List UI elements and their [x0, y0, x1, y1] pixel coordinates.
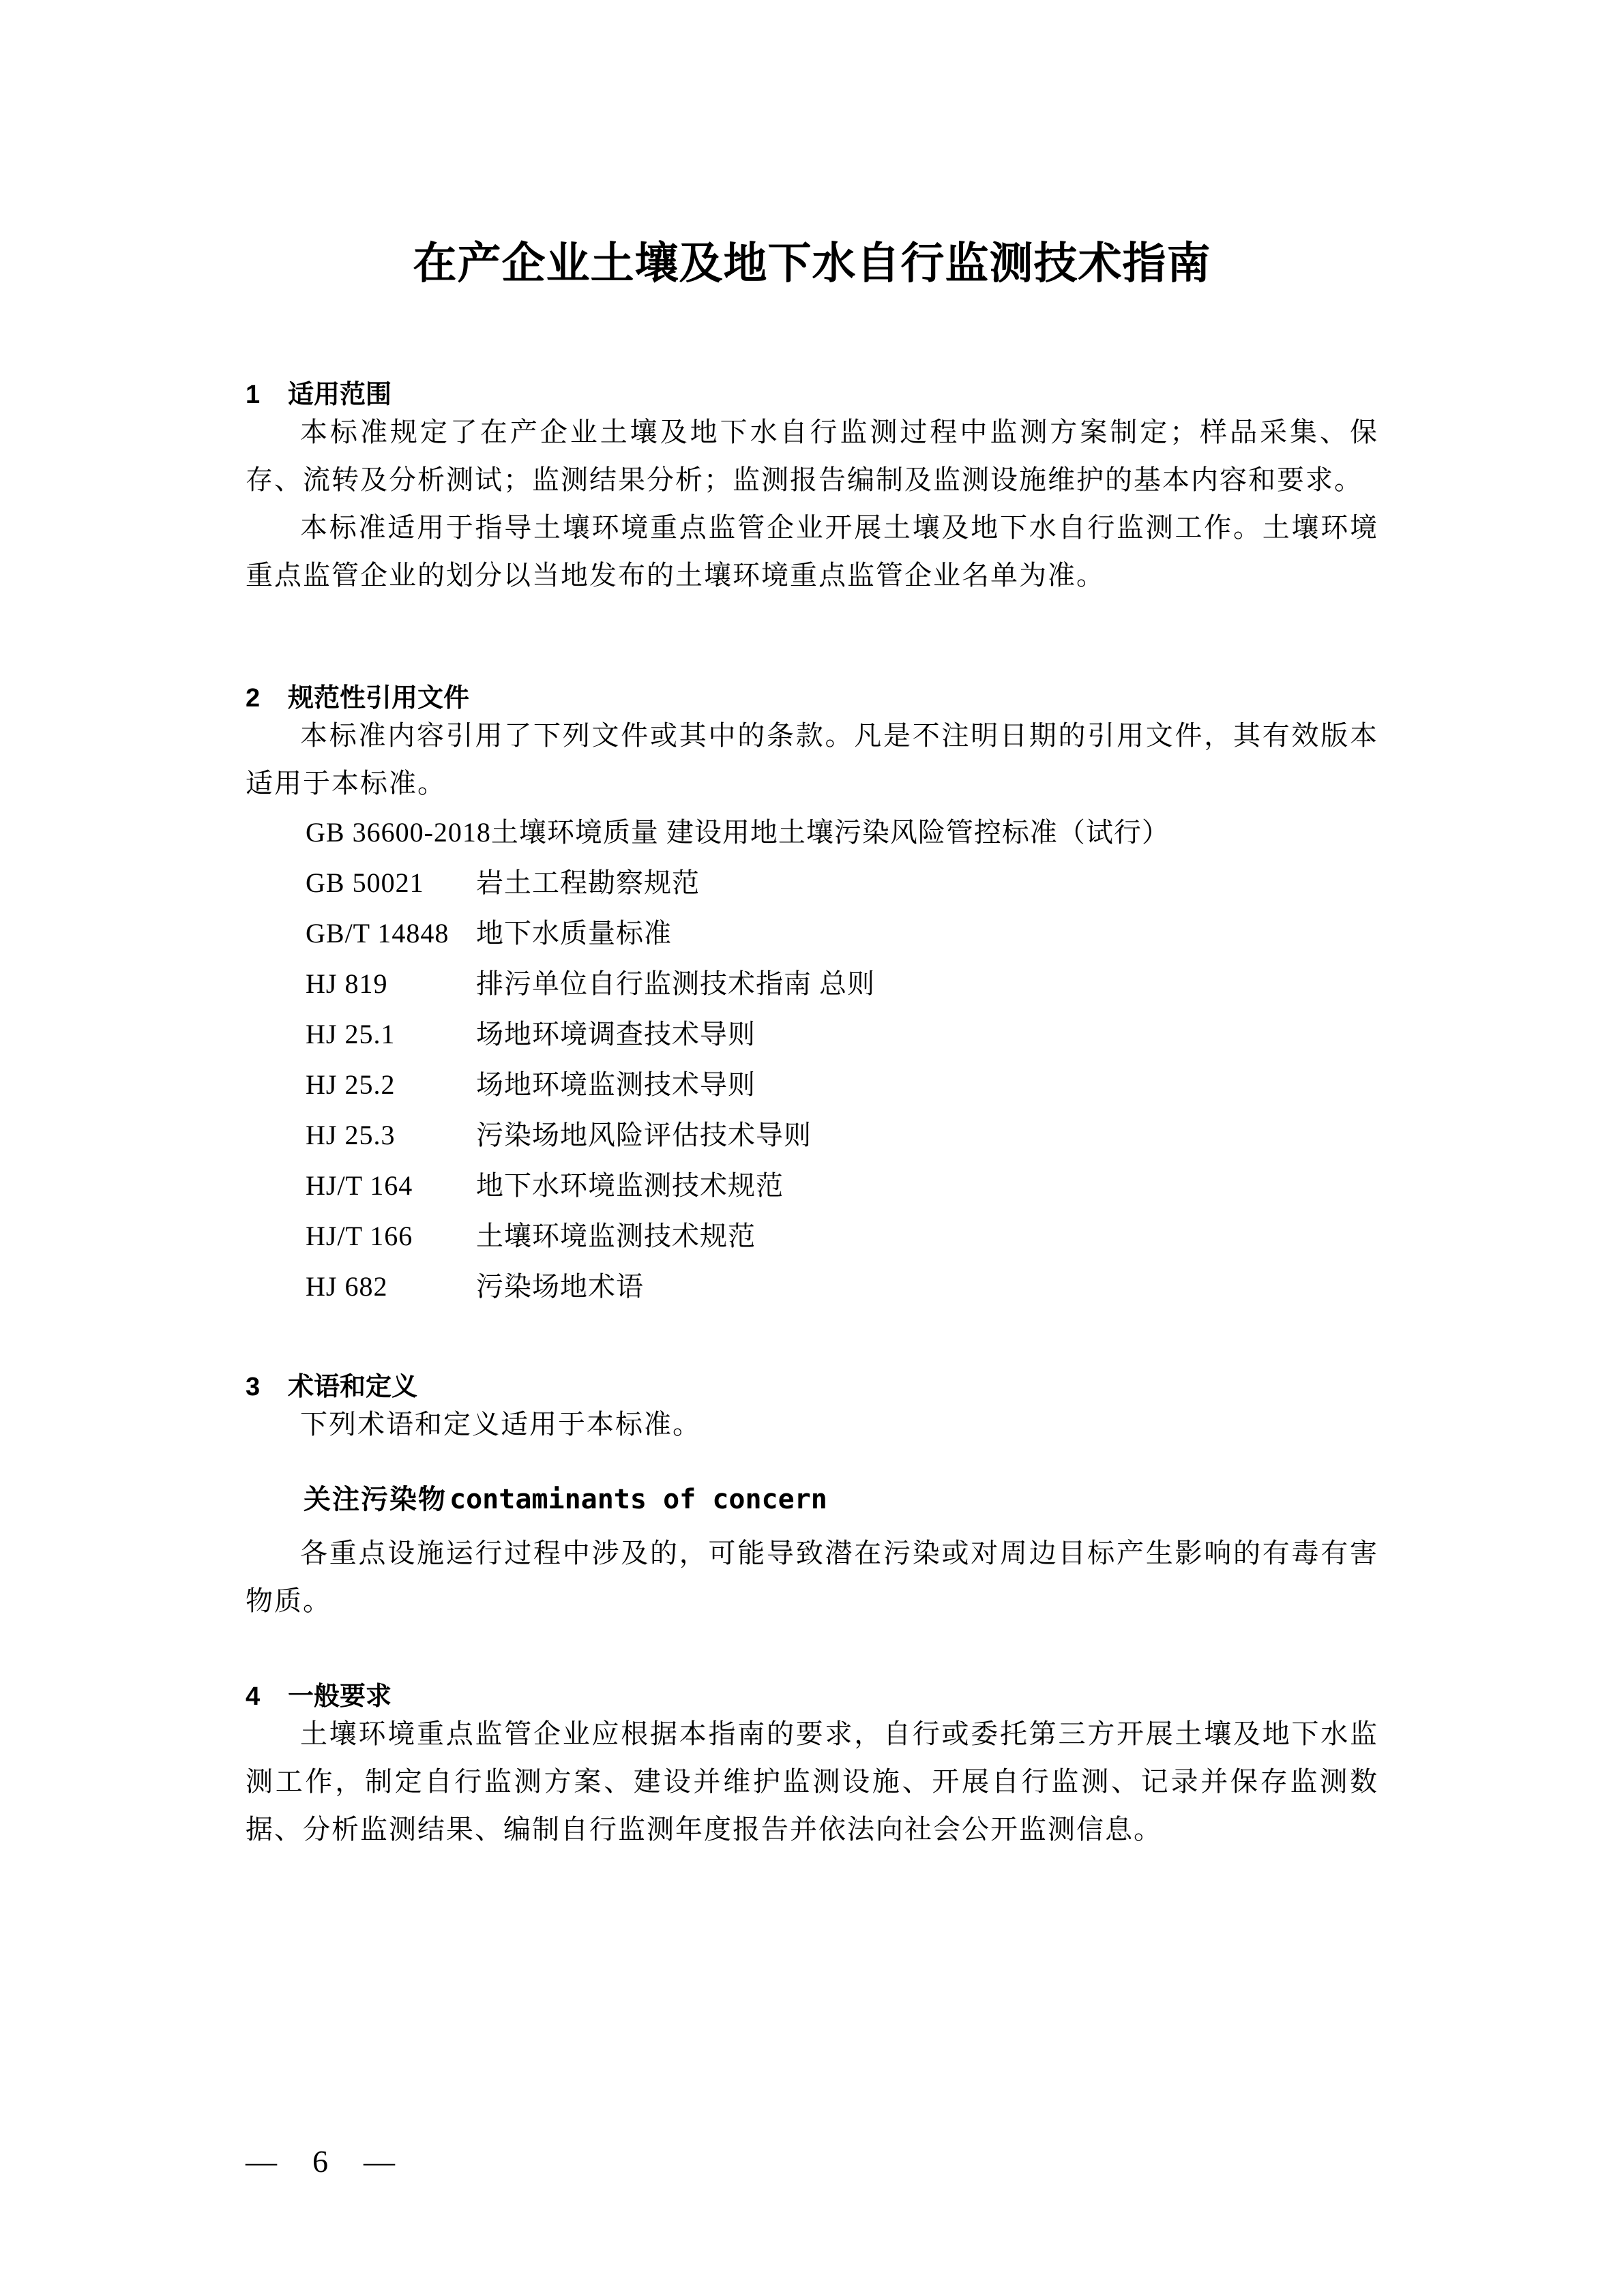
footer-dash-left: — [246, 2141, 277, 2182]
reference-id: HJ/T 164 [306, 1161, 476, 1211]
reference-title: 污染场地风险评估技术导则 [476, 1110, 1378, 1161]
reference-item: HJ 819 排污单位自行监测技术指南 总则 [306, 959, 1378, 1009]
reference-title: 地下水质量标准 [476, 908, 1378, 959]
section-number: 4 [246, 1683, 288, 1710]
reference-item: HJ 682 污染场地术语 [306, 1262, 1378, 1312]
document-title: 在产企业土壤及地下水自行监测技术指南 [246, 241, 1378, 286]
section-number: 2 [246, 685, 288, 712]
term-entry: 关注污染物 contaminants of concern [304, 1476, 1378, 1530]
reference-item: HJ 25.2 场地环境监测技术导则 [306, 1060, 1378, 1110]
reference-title: 土壤环境监测技术规范 [476, 1211, 1378, 1262]
reference-title: 岩土工程勘察规范 [476, 858, 1378, 908]
section-number: 1 [246, 381, 288, 408]
section-title: 适用范围 [288, 381, 392, 409]
term-name-en: contaminants of concern [449, 1484, 827, 1515]
section-number: 3 [246, 1373, 288, 1401]
reference-title: 地下水环境监测技术规范 [476, 1161, 1378, 1211]
reference-id: HJ 25.3 [306, 1110, 476, 1161]
section-title: 规范性引用文件 [288, 684, 469, 713]
section-title: 一般要求 [288, 1682, 392, 1711]
reference-id: GB 50021 [306, 858, 476, 908]
reference-item: HJ 25.3 污染场地风险评估技术导则 [306, 1110, 1378, 1161]
reference-title: 污染场地术语 [476, 1262, 1378, 1312]
document-page: 在产企业土壤及地下水自行监测技术指南 1适用范围 本标准规定了在产企业土壤及地下… [0, 0, 1624, 2296]
reference-item: GB 36600-2018 土壤环境质量 建设用地土壤污染风险管控标准（试行） [306, 807, 1378, 858]
terms-intro: 下列术语和定义适用于本标准。 [246, 1401, 1378, 1448]
reference-item: HJ/T 166 土壤环境监测技术规范 [306, 1211, 1378, 1262]
section-heading-1: 1适用范围 [246, 381, 1378, 408]
term-definition: 各重点设施运行过程中涉及的，可能导致潜在污染或对周边目标产生影响的有毒有害物质。 [246, 1530, 1378, 1625]
reference-id: HJ 25.2 [306, 1060, 476, 1110]
reference-item: GB/T 14848 地下水质量标准 [306, 908, 1378, 959]
footer-dash-right: — [364, 2141, 395, 2182]
reference-item: GB 50021 岩土工程勘察规范 [306, 858, 1378, 908]
page-number: 6 [312, 2141, 328, 2182]
reference-title: 土壤环境质量 建设用地土壤污染风险管控标准（试行） [491, 807, 1378, 858]
paragraph: 本标准内容引用了下列文件或其中的条款。凡是不注明日期的引用文件，其有效版本适用于… [246, 712, 1378, 807]
page-footer: — 6 — [246, 2141, 395, 2182]
reference-id: HJ/T 166 [306, 1211, 476, 1262]
paragraph: 本标准适用于指导土壤环境重点监管企业开展土壤及地下水自行监测工作。土壤环境重点监… [246, 504, 1378, 599]
reference-id: HJ 682 [306, 1262, 476, 1312]
reference-list: GB 36600-2018 土壤环境质量 建设用地土壤污染风险管控标准（试行） … [246, 807, 1378, 1312]
section-heading-4: 4一般要求 [246, 1683, 1378, 1710]
reference-id: GB/T 14848 [306, 908, 476, 959]
reference-title: 场地环境监测技术导则 [476, 1060, 1378, 1110]
section-title: 术语和定义 [288, 1373, 417, 1401]
reference-title: 场地环境调查技术导则 [476, 1009, 1378, 1060]
section-heading-3: 3术语和定义 [246, 1373, 1378, 1401]
reference-item: HJ 25.1 场地环境调查技术导则 [306, 1009, 1378, 1060]
paragraph: 土壤环境重点监管企业应根据本指南的要求，自行或委托第三方开展土壤及地下水监测工作… [246, 1710, 1378, 1853]
reference-id: GB 36600-2018 [306, 807, 491, 858]
reference-title: 排污单位自行监测技术指南 总则 [476, 959, 1378, 1009]
reference-id: HJ 25.1 [306, 1009, 476, 1060]
term-name-zh: 关注污染物 [304, 1485, 447, 1515]
section-heading-2: 2规范性引用文件 [246, 685, 1378, 712]
reference-id: HJ 819 [306, 959, 476, 1009]
paragraph: 本标准规定了在产企业土壤及地下水自行监测过程中监测方案制定；样品采集、保存、流转… [246, 408, 1378, 504]
reference-item: HJ/T 164 地下水环境监测技术规范 [306, 1161, 1378, 1211]
